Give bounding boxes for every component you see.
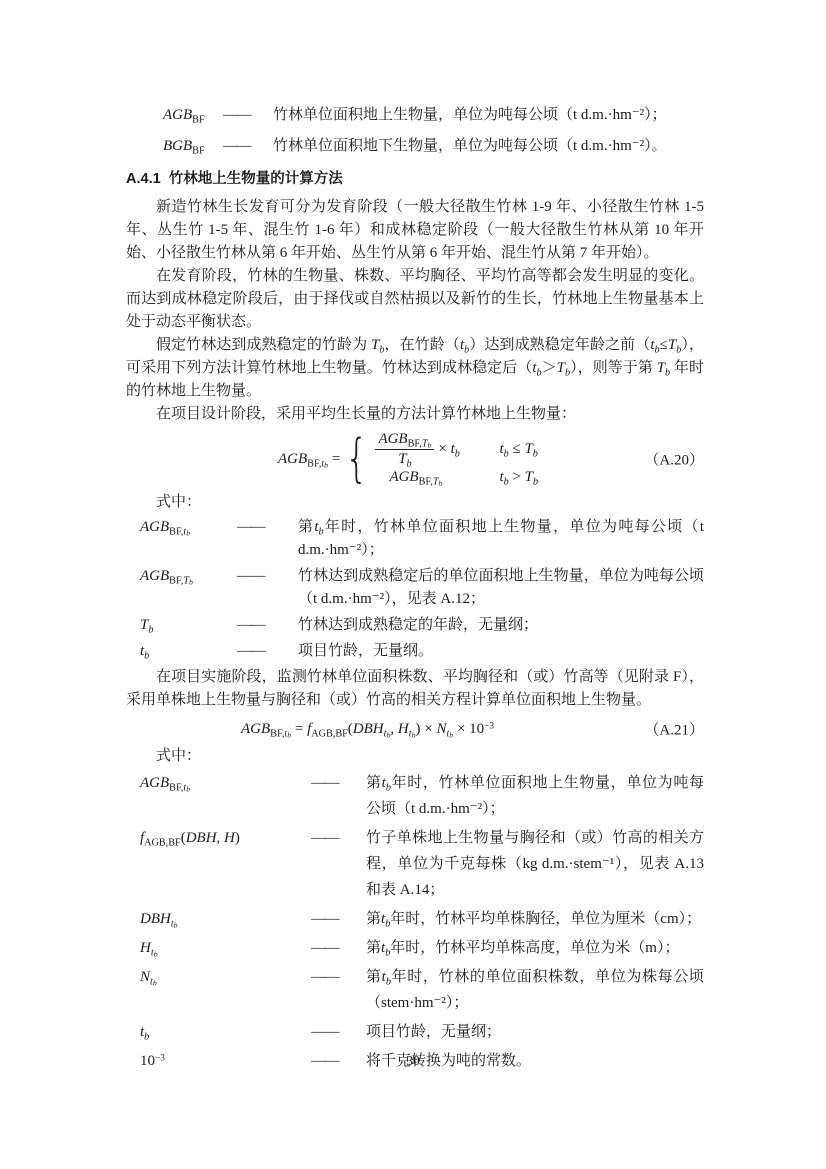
where-item: Tb —— 竹林达到成熟稳定的年龄，无量纲； — [126, 614, 704, 637]
where-item: AGBBF,tb —— 第tb年时，竹林单位面积地上生物量，单位为吨每公顷（t … — [126, 516, 704, 562]
symbol: AGBBF,tb — [140, 770, 311, 822]
dash-separator: —— — [223, 103, 273, 127]
equation-lhs: AGBBF,tb = — [278, 451, 340, 468]
dash-separator: —— — [311, 964, 366, 1016]
symbol-description: 第tb年时，竹林平均单株胸径，单位为厘米（cm）； — [366, 906, 704, 932]
paragraph-growth-stages: 新造竹林生长发育可分为发育阶段（一般大径散生竹林 1-9 年、小径散生竹林 1-… — [126, 196, 704, 265]
equation-a20-body: AGBBF,tb = { AGBBF,Tb Tb × tb tb ≤ Tb — [278, 431, 704, 487]
symbol: fAGB,BF(DBH, H) — [140, 825, 311, 903]
where-item: tb —— 项目竹龄，无量纲。 — [126, 640, 704, 663]
dash-separator: —— — [237, 516, 298, 562]
dash-separator: —— — [237, 614, 298, 637]
case-row: AGBBF,Tb Tb × tb tb ≤ Tb — [375, 431, 538, 468]
symbol-description: 第tb年时，竹林单位面积地上生物量，单位为吨每公顷（t d.m.·hm⁻²）； — [298, 516, 704, 562]
symbol: DBHtb — [140, 906, 311, 932]
symbol-description: 项目竹龄，无量纲； — [366, 1019, 704, 1045]
paragraph-maturity-assumption: 假定竹林达到成熟稳定的竹龄为 Tb，在竹龄（tb）达到成熟稳定年龄之前（tb≤T… — [126, 334, 704, 403]
fraction: AGBBF,Tb Tb — [375, 431, 434, 468]
case2-condition: tb > Tb — [499, 468, 538, 487]
dash-separator: —— — [311, 770, 366, 822]
symbol-bgb-bf: BGBBF — [163, 134, 223, 158]
where-label: 式中： — [126, 491, 704, 514]
paragraph-stage-description: 在发育阶段，竹林的生物量、株数、平均胸径、平均竹高等都会发生明显的变化。而达到成… — [126, 265, 704, 334]
where-label: 式中： — [126, 745, 704, 768]
case2-value: AGBBF,Tb — [389, 468, 442, 487]
symbol-description: 竹林达到成熟稳定后的单位面积地上生物量，单位为吨每公顷（t d.m.·hm⁻²）… — [298, 565, 704, 611]
case-row: AGBBF,Tb tb > Tb — [375, 468, 538, 487]
cases-brace: { — [345, 433, 368, 485]
equation-expression: AGBBF,tb = fAGB,BF(DBHtb, Htb) × Ntb × 1… — [241, 717, 494, 741]
symbol: tb — [140, 640, 237, 663]
definition-row: AGBBF —— 竹林单位面积地上生物量，单位为吨每公顷（t d.m.·hm⁻²… — [126, 103, 704, 127]
dash-separator: —— — [311, 935, 366, 961]
where-item: AGBBF,tb —— 第tb年时，竹林单位面积地上生物量，单位为吨每公顷（t … — [126, 770, 704, 822]
case1-expression: AGBBF,Tb Tb × tb — [375, 431, 493, 468]
symbol: AGBBF,tb — [140, 516, 237, 562]
definition-row: BGBBF —— 竹林单位面积地下生物量，单位为吨每公顷（t d.m.·hm⁻²… — [126, 134, 704, 158]
page-number: 30 — [0, 1053, 826, 1069]
symbol-description: 竹林达到成熟稳定的年龄，无量纲； — [298, 614, 704, 637]
equation-a21-body: AGBBF,tb = fAGB,BF(DBHtb, Htb) × Ntb × 1… — [241, 717, 704, 741]
symbol-description: 第tb年时，竹林的单位面积株数，单位为株每公顷（stem·hm⁻²）； — [366, 964, 704, 1016]
equation-cases: AGBBF,Tb Tb × tb tb ≤ Tb AGBBF,Tb tb > T… — [375, 431, 538, 487]
fraction-denominator: Tb — [375, 449, 434, 468]
equation-number: （A.20） — [644, 449, 704, 470]
equation-a21: AGBBF,tb = fAGB,BF(DBHtb, Htb) × Ntb × 1… — [126, 717, 704, 741]
dash-separator: —— — [311, 906, 366, 932]
symbol-description: 竹林单位面积地下生物量，单位为吨每公顷（t d.m.·hm⁻²）。 — [273, 134, 704, 158]
symbol-description: 第tb年时，竹林平均单株高度，单位为米（m）； — [366, 935, 704, 961]
where-list: AGBBF,tb —— 第tb年时，竹林单位面积地上生物量，单位为吨每公顷（t … — [126, 770, 704, 1074]
dash-separator: —— — [237, 640, 298, 663]
symbol: Htb — [140, 935, 311, 961]
equation-a20: AGBBF,tb = { AGBBF,Tb Tb × tb tb ≤ Tb — [126, 431, 704, 487]
where-item: DBHtb —— 第tb年时，竹林平均单株胸径，单位为厘米（cm）； — [126, 906, 704, 932]
symbol: tb — [140, 1019, 311, 1045]
multiplier: × tb — [438, 440, 459, 459]
dash-separator: —— — [237, 565, 298, 611]
dash-separator: —— — [311, 1019, 366, 1045]
where-item: AGBBF,Tb —— 竹林达到成熟稳定后的单位面积地上生物量，单位为吨每公顷（… — [126, 565, 704, 611]
page-content: AGBBF —— 竹林单位面积地上生物量，单位为吨每公顷（t d.m.·hm⁻²… — [126, 103, 704, 1077]
document-page: AGBBF —— 竹林单位面积地上生物量，单位为吨每公顷（t d.m.·hm⁻²… — [0, 0, 826, 1169]
dash-separator: —— — [223, 134, 273, 158]
case2-expression: AGBBF,Tb — [375, 468, 493, 487]
dash-separator: —— — [311, 825, 366, 903]
case1-condition: tb ≤ Tb — [499, 440, 537, 459]
where-list: AGBBF,tb —— 第tb年时，竹林单位面积地上生物量，单位为吨每公顷（t … — [126, 516, 704, 663]
paragraph-design-stage: 在项目设计阶段，采用平均生长量的方法计算竹林地上生物量： — [126, 403, 704, 426]
symbol-description: 第tb年时，竹林单位面积地上生物量，单位为吨每公顷（t d.m.·hm⁻²）； — [366, 770, 704, 822]
fraction-numerator: AGBBF,Tb — [375, 431, 434, 449]
where-item: Ntb —— 第tb年时，竹林的单位面积株数，单位为株每公顷（stem·hm⁻²… — [126, 964, 704, 1016]
paragraph-implementation-stage: 在项目实施阶段，监测竹林单位面积株数、平均胸径和（或）竹高等（见附录 F），采用… — [126, 666, 704, 712]
symbol-description: 项目竹龄，无量纲。 — [298, 640, 704, 663]
section-heading: A.4.1 竹林地上生物量的计算方法 — [126, 168, 704, 191]
symbol: Tb — [140, 614, 237, 637]
where-item: tb —— 项目竹龄，无量纲； — [126, 1019, 704, 1045]
symbol: AGBBF,Tb — [140, 565, 237, 611]
symbol-description: 竹子单株地上生物量与胸径和（或）竹高的相关方程，单位为千克每株（kg d.m.·… — [366, 825, 704, 903]
where-item: Htb —— 第tb年时，竹林平均单株高度，单位为米（m）； — [126, 935, 704, 961]
symbol: Ntb — [140, 964, 311, 1016]
symbol-agb-bf: AGBBF — [163, 103, 223, 127]
symbol-description: 竹林单位面积地上生物量，单位为吨每公顷（t d.m.·hm⁻²）； — [273, 103, 704, 127]
where-item: fAGB,BF(DBH, H) —— 竹子单株地上生物量与胸径和（或）竹高的相关… — [126, 825, 704, 903]
equation-number: （A.21） — [644, 719, 704, 740]
